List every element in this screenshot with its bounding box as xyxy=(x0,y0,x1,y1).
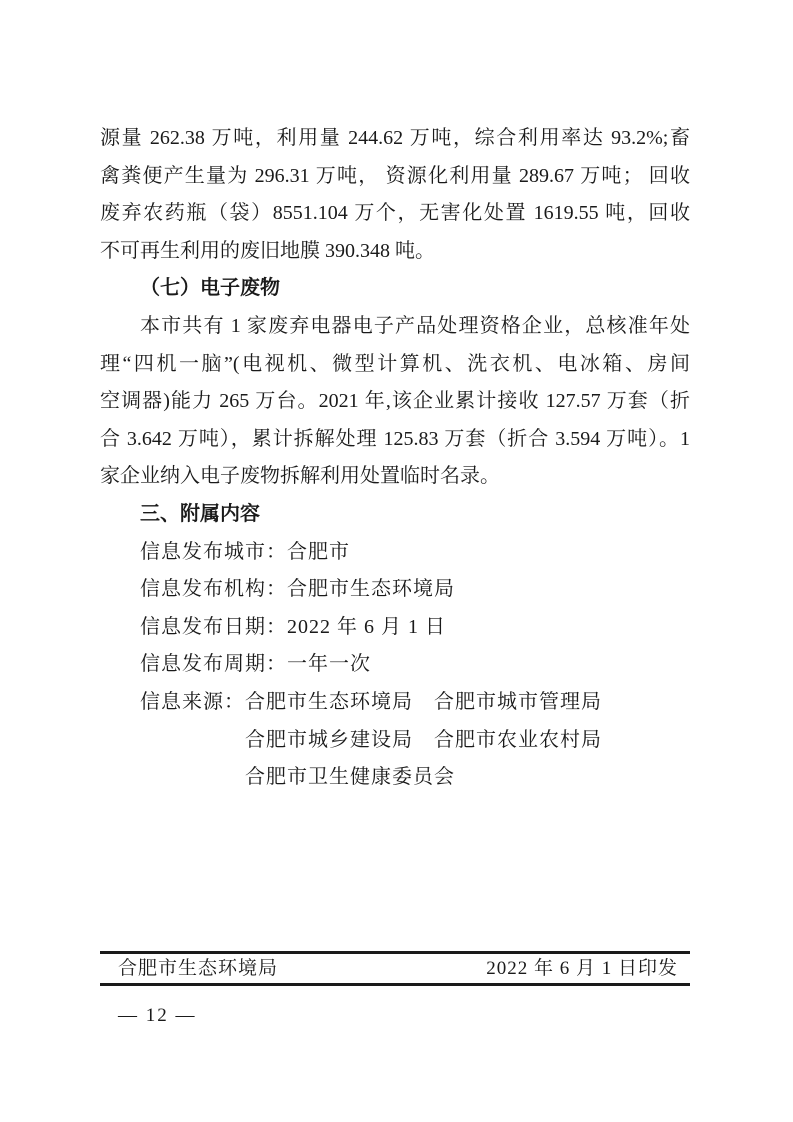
info-value: 2022 年 6 月 1 日 xyxy=(287,616,446,638)
info-label: 信息发布周期： xyxy=(140,653,287,675)
paragraph1-line: 源量 262.38 万吨，利用量 244.62 万吨，综合利用率达 93.2%;… xyxy=(100,120,690,158)
section-heading-appendix: 三、附属内容 xyxy=(100,496,690,534)
page-number: — 12 — xyxy=(118,1005,197,1027)
info-label: 信息发布日期： xyxy=(140,616,287,638)
paragraph2-line: 合 3.642 万吨），累计拆解处理 125.83 万套（折合 3.594 万吨… xyxy=(100,421,690,459)
paragraph1-line: 禽粪便产生量为 296.31 万吨， 资源化利用量 289.67 万吨； 回收 xyxy=(100,158,690,196)
paragraph2-line: 本市共有 1 家废弃电器电子产品处理资格企业，总核准年处 xyxy=(100,308,690,346)
info-row-publish-city: 信息发布城市：合肥市 xyxy=(140,534,690,572)
footer-row: 合肥市生态环境局 2022 年 6 月 1 日印发 xyxy=(100,954,690,983)
section-heading-electronic-waste: （七）电子废物 xyxy=(100,270,690,308)
info-label: 信息发布城市： xyxy=(140,541,287,563)
info-label: 信息来源： xyxy=(140,684,245,797)
info-row-publish-date: 信息发布日期：2022 年 6 月 1 日 xyxy=(140,609,690,647)
paragraph2-line: 理“四机一脑”(电视机、微型计算机、洗衣机、电冰箱、房间 xyxy=(100,346,690,384)
info-row-publish-cycle: 信息发布周期：一年一次 xyxy=(140,646,690,684)
info-source-line: 合肥市生态环境局 合肥市城市管理局 xyxy=(245,684,602,722)
footer-print-date: 2022 年 6 月 1 日印发 xyxy=(486,957,678,980)
document-body: 源量 262.38 万吨，利用量 244.62 万吨，综合利用率达 93.2%;… xyxy=(100,120,690,797)
info-value: 一年一次 xyxy=(287,653,371,675)
info-source-list: 合肥市生态环境局 合肥市城市管理局 合肥市城乡建设局 合肥市农业农村局 合肥市卫… xyxy=(245,684,602,797)
info-value: 合肥市生态环境局 xyxy=(287,578,455,600)
info-source-line: 合肥市卫生健康委员会 xyxy=(245,759,602,797)
document-page: 源量 262.38 万吨，利用量 244.62 万吨，综合利用率达 93.2%;… xyxy=(0,0,793,1122)
info-label: 信息发布机构： xyxy=(140,578,287,600)
info-row-publish-agency: 信息发布机构：合肥市生态环境局 xyxy=(140,571,690,609)
footer-issuing-agency: 合肥市生态环境局 xyxy=(118,957,278,980)
info-row-sources: 信息来源： 合肥市生态环境局 合肥市城市管理局 合肥市城乡建设局 合肥市农业农村… xyxy=(140,684,690,797)
info-value: 合肥市 xyxy=(287,541,350,563)
document-footer: 合肥市生态环境局 2022 年 6 月 1 日印发 xyxy=(100,951,690,986)
paragraph1-line: 不可再生利用的废旧地膜 390.348 吨。 xyxy=(100,233,690,271)
paragraph1-line: 废弃农药瓶（袋）8551.104 万个，无害化处置 1619.55 吨，回收 xyxy=(100,195,690,233)
info-source-line: 合肥市城乡建设局 合肥市农业农村局 xyxy=(245,722,602,760)
paragraph2-line: 空调器)能力 265 万台。2021 年,该企业累计接收 127.57 万套（折 xyxy=(100,383,690,421)
paragraph2-line: 家企业纳入电子废物拆解利用处置临时名录。 xyxy=(100,458,690,496)
